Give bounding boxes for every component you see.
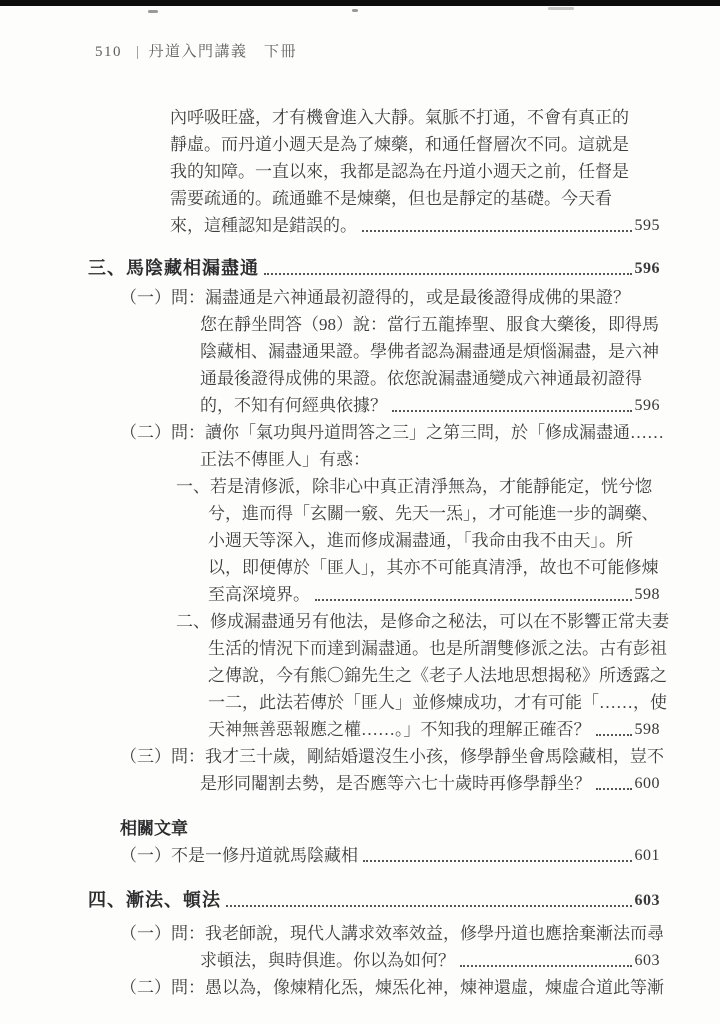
toc-line-text: 二、修成漏盡通另有他法，是修命之秘法，可以在不影響正常夫妻 (176, 608, 669, 635)
toc-line-text: 天神無善惡報應之權……。」不知我的理解正確否？ (208, 716, 591, 743)
toc-line: 四、漸法、頓法603 (88, 887, 660, 914)
toc-line-text: 是形同閹割去勢，是否應等六七十歲時再修學靜坐？ (200, 770, 591, 797)
toc-line-text: （一）不是一修丹道就馬陰藏相 (120, 842, 358, 869)
page-number: 603 (635, 888, 661, 914)
toc-line-text: 相關文章 (120, 815, 188, 842)
book-page: 510|丹道入門講義 下冊 內呼吸旺盛，才有機會進入大靜。氣脈不打通，不會有真正… (0, 0, 720, 1024)
toc-line: 通最後證得成佛的果證。依您說漏盡通變成六神通最初證得 (88, 365, 660, 392)
toc-line-text: 三、馬陰藏相漏盡通 (88, 255, 259, 282)
toc-line: （一）不是一修丹道就馬陰藏相601 (88, 842, 660, 869)
page-number: 598 (635, 582, 661, 608)
header-separator: | (136, 44, 141, 60)
toc-line: 我的知障。一直以來，我都是認為在丹道小週天之前，任督是 (88, 158, 660, 185)
toc-line-text: （二）問：愚以為，像煉精化炁，煉炁化神，煉神還虛，煉虛合道此等漸 (120, 974, 664, 1001)
toc-line-text: 至高深境界。 (208, 581, 310, 608)
toc-line: 二、修成漏盡通另有他法，是修命之秘法，可以在不影響正常夫妻 (88, 608, 660, 635)
toc-line: （二）問：讀你「氣功與丹道問答之三」之第三問，於「修成漏盡通…… (88, 419, 660, 446)
toc-line-text: 正法不傳匪人」有惑： (200, 446, 370, 473)
book-title: 丹道入門講義 下冊 (149, 44, 298, 60)
page-number: 596 (635, 256, 661, 282)
toc-line: 內呼吸旺盛，才有機會進入大靜。氣脈不打通，不會有真正的 (88, 104, 660, 131)
toc-line-text: 之傳說，今有熊〇錦先生之《老子人法地思想揭秘》所透露之 (208, 662, 667, 689)
toc-line-text: （三）問：我才三十歲，剛結婚還沒生小孩，修學靜坐會馬陰藏相，豈不 (120, 743, 664, 770)
toc-line: （二）問：愚以為，像煉精化炁，煉炁化神，煉神還虛，煉虛合道此等漸 (88, 974, 660, 1001)
dot-leader (362, 230, 632, 232)
dot-leader (264, 273, 632, 275)
running-header: 510|丹道入門講義 下冊 (95, 40, 297, 61)
page-number: 595 (635, 213, 661, 239)
toc-line: 來，這種認知是錯誤的。595 (88, 212, 660, 239)
toc-line-text: （二）問：讀你「氣功與丹道問答之三」之第三問，於「修成漏盡通…… (120, 419, 664, 446)
dot-leader (392, 410, 632, 412)
page-folio: 510 (95, 44, 122, 60)
toc-line: 靜虛。而丹道小週天是為了煉藥，和通任督層次不同。這就是 (88, 131, 660, 158)
toc-line: 求頓法，與時俱進。你以為如何？603 (88, 947, 660, 974)
page-number: 596 (635, 393, 661, 419)
toc-line-text: 內呼吸旺盛，才有機會進入大靜。氣脈不打通，不會有真正的 (170, 104, 629, 131)
scan-artifact (352, 9, 358, 12)
dot-leader (363, 860, 632, 862)
page-number: 600 (635, 771, 661, 797)
toc-list: 內呼吸旺盛，才有機會進入大靜。氣脈不打通，不會有真正的靜虛。而丹道小週天是為了煉… (88, 104, 660, 1001)
toc-line-text: 我的知障。一直以來，我都是認為在丹道小週天之前，任督是 (170, 158, 629, 185)
toc-line: 生活的情況下而達到漏盡通。也是所謂雙修派之法。古有彭祖 (88, 635, 660, 662)
scan-top-edge (0, 0, 720, 6)
toc-line: 三、馬陰藏相漏盡通596 (88, 255, 660, 282)
toc-line-text: 以，即便傳於「匪人」，其亦不可能真清淨，故也不可能修煉 (208, 554, 659, 581)
toc-line: （一）問：漏盡通是六神通最初證得的，或是最後證得成佛的果證？ (88, 284, 660, 311)
toc-line: 需要疏通的。疏通雖不是煉藥，但也是靜定的基礎。今天看 (88, 185, 660, 212)
toc-line-text: 您在靜坐問答（98）說：當行五龍捧聖、服食大藥後，即得馬 (200, 311, 659, 338)
toc-line-text: 兮，進而得「玄關一竅、先天一炁」，才可能進一步的調藥、 (208, 500, 659, 527)
toc-line: 一二，此法若傳於「匪人」並修煉成功，才有可能「……，使 (88, 689, 660, 716)
toc-line-text: 一二，此法若傳於「匪人」並修煉成功，才有可能「……，使 (208, 689, 667, 716)
toc-line-text: 小週天等深入，進而修成漏盡通，「我命由我不由天」。所 (208, 527, 633, 554)
toc-line: 的，不知有何經典依據？596 (88, 392, 660, 419)
toc-line: 您在靜坐問答（98）說：當行五龍捧聖、服食大藥後，即得馬 (88, 311, 660, 338)
toc-line: 是形同閹割去勢，是否應等六七十歲時再修學靜坐？600 (88, 770, 660, 797)
toc-line: 天神無善惡報應之權……。」不知我的理解正確否？598 (88, 716, 660, 743)
toc-line-text: 靜虛。而丹道小週天是為了煉藥，和通任督層次不同。這就是 (170, 131, 629, 158)
toc-line: 陰藏相、漏盡通果證。學佛者認為漏盡通是煩惱漏盡，是六神 (88, 338, 660, 365)
toc-line: （一）問：我老師說，現代人講求效率效益，修學丹道也應捨棄漸法而尋 (88, 920, 660, 947)
toc-line: 小週天等深入，進而修成漏盡通，「我命由我不由天」。所 (88, 527, 660, 554)
toc-line-text: 的，不知有何經典依據？ (200, 392, 387, 419)
toc-line-text: 通最後證得成佛的果證。依您說漏盡通變成六神通最初證得 (200, 365, 642, 392)
toc-line: 之傳說，今有熊〇錦先生之《老子人法地思想揭秘》所透露之 (88, 662, 660, 689)
toc-line-text: 四、漸法、頓法 (88, 887, 221, 914)
toc-line: 一、若是清修派，除非心中真正清淨無為，才能靜能定，恍兮惚 (88, 473, 660, 500)
toc-line-text: 求頓法，與時俱進。你以為如何？ (200, 947, 455, 974)
scan-artifact (548, 7, 574, 10)
toc-line-text: （一）問：漏盡通是六神通最初證得的，或是最後證得成佛的果證？ (120, 284, 630, 311)
dot-leader (226, 905, 632, 907)
toc-line-text: （一）問：我老師說，現代人講求效率效益，修學丹道也應捨棄漸法而尋 (120, 920, 664, 947)
dot-leader (596, 734, 632, 736)
toc-line-text: 生活的情況下而達到漏盡通。也是所謂雙修派之法。古有彭祖 (208, 635, 667, 662)
toc-line-text: 需要疏通的。疏通雖不是煉藥，但也是靜定的基礎。今天看 (170, 185, 612, 212)
dot-leader (460, 965, 632, 967)
toc-line: 正法不傳匪人」有惑： (88, 446, 660, 473)
scan-artifact (148, 10, 158, 13)
dot-leader (315, 599, 632, 601)
page-number: 601 (635, 843, 661, 869)
toc-line: 以，即便傳於「匪人」，其亦不可能真清淨，故也不可能修煉 (88, 554, 660, 581)
dot-leader (596, 788, 632, 790)
toc-line-text: 陰藏相、漏盡通果證。學佛者認為漏盡通是煩惱漏盡，是六神 (200, 338, 659, 365)
toc-line-text: 來，這種認知是錯誤的。 (170, 212, 357, 239)
toc-line: 相關文章 (88, 815, 660, 842)
toc-line: 至高深境界。598 (88, 581, 660, 608)
toc-line-text: 一、若是清修派，除非心中真正清淨無為，才能靜能定，恍兮惚 (176, 473, 652, 500)
toc-line: （三）問：我才三十歲，剛結婚還沒生小孩，修學靜坐會馬陰藏相，豈不 (88, 743, 660, 770)
toc-line: 兮，進而得「玄關一竅、先天一炁」，才可能進一步的調藥、 (88, 500, 660, 527)
page-number: 603 (635, 948, 661, 974)
page-number: 598 (635, 717, 661, 743)
